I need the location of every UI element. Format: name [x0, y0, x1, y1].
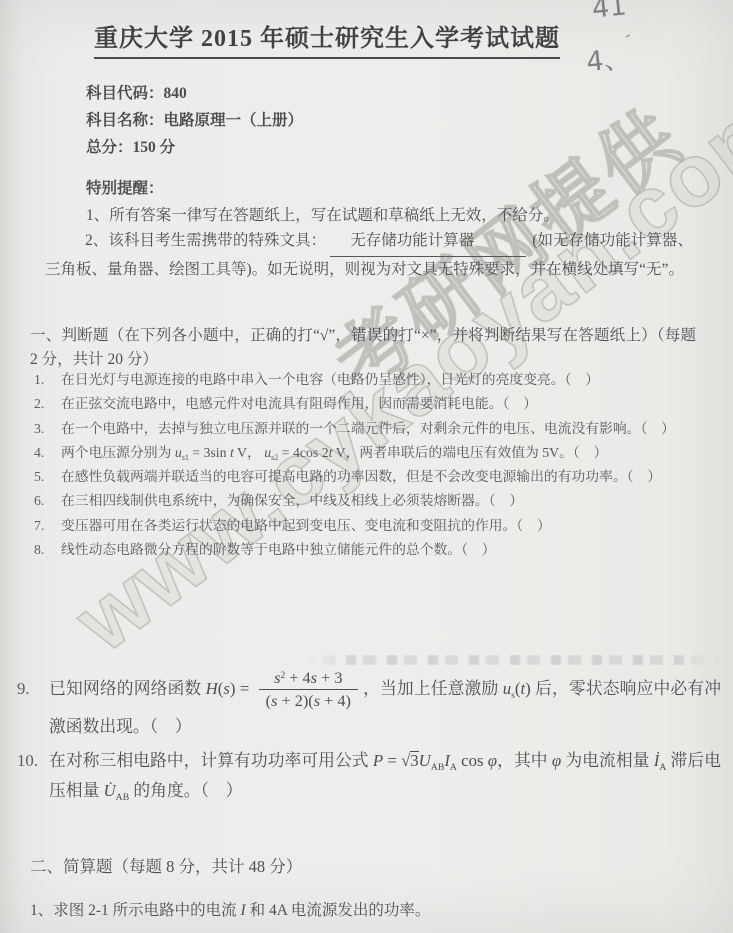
- judge-item: 8.线性动态电路微分方程的阶数等于电路中独立储能元件的总个数。（ ）: [34, 538, 690, 562]
- item-text: 在对称三相电路中，计算有功功率可用公式 P = √3UABIA cos φ，其中…: [49, 751, 721, 800]
- item-number: 2.: [34, 392, 61, 416]
- total-score-value: 150 分: [133, 139, 176, 156]
- item-text: 线性动态电路微分方程的阶数等于电路中独立储能元件的总个数。（ ）: [61, 542, 496, 557]
- notice-line-2-prefix: 2、该科目考生需携带的特殊文具：: [85, 232, 326, 249]
- item-text: 变压器可用在各类运行状态的电路中起到变电压、变电流和变阻抗的作用。（ ）: [61, 518, 551, 533]
- section2-question-1: 1、求图 2-1 所示电路中的电流 I 和 4A 电流源发出的功率。: [30, 898, 430, 920]
- judge-item: 4.两个电压源分别为 us1 = 3sin t V， us2 = 4cos 2t…: [34, 441, 690, 465]
- judge-item: 3.在一个电路中，去掉与独立电压源并联的一个二端元件后，对剩余元件的电压、电流没…: [34, 417, 690, 441]
- judge-item: 2.在正弦交流电路中，电感元件对电流具有阻碍作用，因而需要消耗电能。（ ）: [34, 392, 690, 416]
- item-number: 7.: [34, 514, 61, 538]
- fraction: s2 + 4s + 3(s + 2)(s + 4): [259, 668, 358, 712]
- judge-item: 9.已知网络的网络函数 H(s) = s2 + 4s + 3(s + 2)(s …: [17, 668, 721, 742]
- item-number: 1.: [34, 368, 61, 392]
- item-number: 9.: [17, 674, 49, 704]
- item-number: 4.: [34, 441, 61, 465]
- total-score-label: 总分：: [86, 139, 133, 156]
- scanned-exam-page: 考研网提供 www.cykaoyan.com 重庆大学 2015 年硕士研究生入…: [0, 0, 733, 933]
- judge-item: 6.在三相四线制供电系统中，为确保安全，中线及相线上必须装熔断器。（ ）: [34, 489, 690, 513]
- item-number: 10.: [17, 746, 49, 776]
- section2-heading: 二、简算题（每题 8 分，共计 48 分）: [30, 853, 302, 877]
- scan-ghost-artifact: [305, 655, 723, 665]
- subject-name-row: 科目名称：电路原理一（上册）: [86, 107, 303, 134]
- page-title: 重庆大学 2015 年硕士研究生入学考试试题: [94, 18, 560, 59]
- item-number: 5.: [34, 465, 61, 489]
- notice-line-1: 1、所有答案一律写在答题纸上，写在试题和草稿纸上无效，不给分。: [86, 203, 559, 225]
- subject-code-value: 840: [164, 85, 187, 102]
- judge-item: 10.在对称三相电路中，计算有功功率可用公式 P = √3UABIA cos φ…: [17, 746, 721, 806]
- item-number: 6.: [34, 489, 61, 513]
- subject-code-row: 科目代码：840: [86, 80, 303, 107]
- item-text: 在正弦交流电路中，电感元件对电流具有阻碍作用，因而需要消耗电能。（ ）: [61, 396, 537, 411]
- item-text: 在感性负载两端并联适当的电容可提高电路的功率因数，但是不会改变电源输出的有功功率…: [61, 469, 661, 484]
- notice-heading: 特别提醒：: [86, 176, 164, 198]
- item-text: 在一个电路中，去掉与独立电压源并联的一个二端元件后，对剩余元件的电压、电流没有影…: [61, 421, 675, 436]
- judge-question-list-large: 9.已知网络的网络函数 H(s) = s2 + 4s + 3(s + 2)(s …: [17, 668, 721, 810]
- item-number: 3.: [34, 417, 61, 441]
- item-text: 两个电压源分别为 us1 = 3sin t V， us2 = 4cos 2t V…: [61, 445, 607, 460]
- judge-item: 7.变压器可用在各类运行状态的电路中起到变电压、变电流和变阻抗的作用。（ ）: [34, 514, 690, 538]
- item-text: 已知网络的网络函数 H(s) = s2 + 4s + 3(s + 2)(s + …: [49, 679, 721, 736]
- item-text: 在日光灯与电源连接的电路中串入一个电容（电路仍呈感性），日光灯的亮度变亮。（ ）: [61, 372, 599, 387]
- subject-name-label: 科目名称：: [86, 112, 164, 129]
- subject-name-value: 电路原理一（上册）: [164, 112, 304, 129]
- item-number: 8.: [34, 538, 61, 562]
- special-tool-blank: 无存储功能计算器: [330, 228, 526, 257]
- judge-item: 5.在感性负载两端并联适当的电容可提高电路的功率因数，但是不会改变电源输出的有功…: [34, 465, 690, 489]
- judge-question-list: 1.在日光灯与电源连接的电路中串入一个电容（电路仍呈感性），日光灯的亮度变亮。（…: [34, 368, 690, 562]
- judge-item: 1.在日光灯与电源连接的电路中串入一个电容（电路仍呈感性），日光灯的亮度变亮。（…: [34, 368, 690, 392]
- total-score-row: 总分：150 分: [86, 134, 303, 161]
- handwritten-mark-41: 41: [590, 0, 627, 25]
- handwritten-tick-mark: ˊ: [617, 31, 633, 54]
- subject-code-label: 科目代码：: [86, 85, 164, 102]
- item-text: 在三相四线制供电系统中，为确保安全，中线及相线上必须装熔断器。（ ）: [61, 493, 523, 508]
- notice-line-2: 2、该科目考生需携带的特殊文具：无存储功能计算器(如无存储功能计算器、三角板、量…: [45, 228, 693, 283]
- section1-heading: 一、判断题（在下列各小题中，正确的打“√”，错误的打“×”，并将判断结果写在答题…: [30, 324, 696, 371]
- sqrt-symbol: √3: [401, 751, 419, 770]
